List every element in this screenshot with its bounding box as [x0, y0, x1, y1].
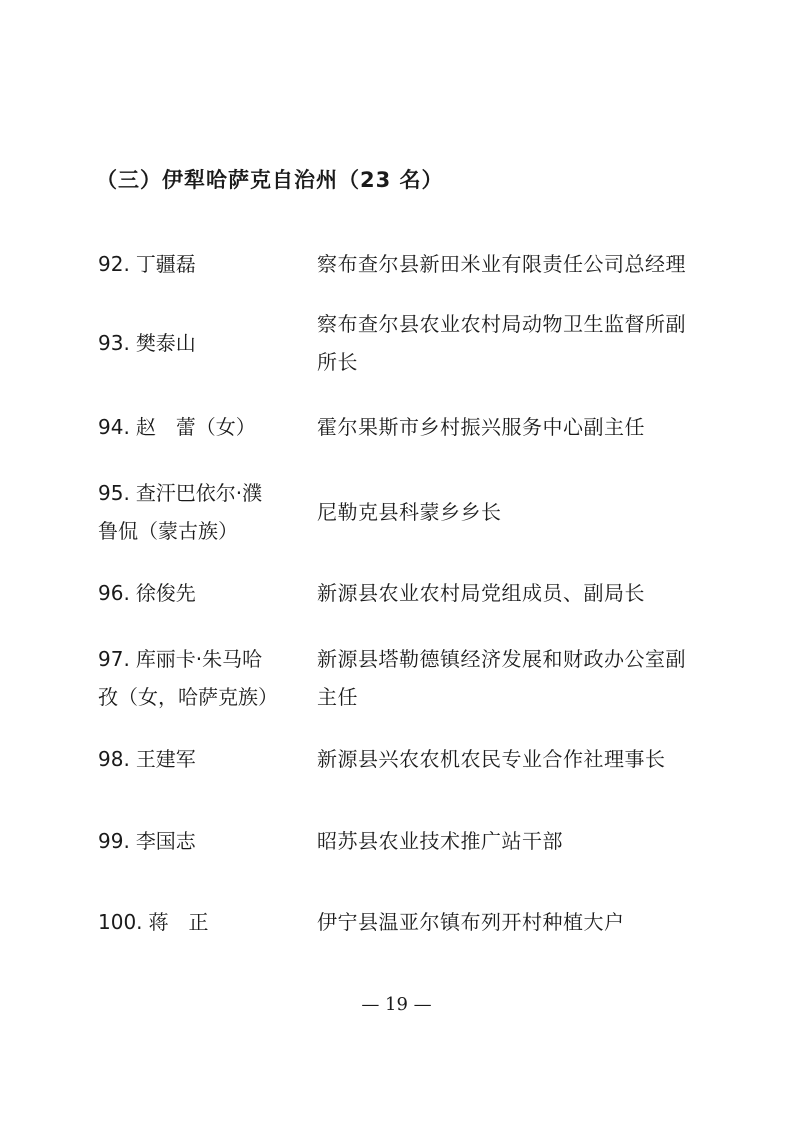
entry-name: 93.樊泰山	[98, 324, 196, 362]
entry-title: 新源县塔勒德镇经济发展和财政办公室副	[317, 640, 707, 678]
entry-name: 94.赵 蕾（女）	[98, 408, 256, 446]
section-heading: （三）伊犁哈萨克自治州（23 名）	[96, 164, 444, 194]
entry-name-cont: 鲁侃（蒙古族）	[98, 512, 238, 550]
entry-number: 98.	[98, 747, 130, 771]
entry-title: 察布查尔县新田米业有限责任公司总经理	[317, 245, 707, 283]
entry-number: 97.	[98, 647, 130, 671]
entry-name: 96.徐俊先	[98, 574, 196, 612]
entry-title: 霍尔果斯市乡村振兴服务中心副主任	[317, 408, 707, 446]
entry-title: 昭苏县农业技术推广站干部	[317, 822, 707, 860]
entry-name: 99.李国志	[98, 822, 196, 860]
entry-name: 92.丁疆磊	[98, 245, 196, 283]
entry-title: 尼勒克县科蒙乡乡长	[317, 493, 707, 531]
entry-title: 新源县兴农农机农民专业合作社理事长	[317, 740, 707, 778]
entry-title: 察布查尔县农业农村局动物卫生监督所副	[317, 305, 707, 343]
entry-number: 92.	[98, 252, 130, 276]
entry-name: 97.库丽卡·朱马哈	[98, 640, 262, 678]
entry-number: 94.	[98, 415, 130, 439]
entry-number: 96.	[98, 581, 130, 605]
entry-name: 100.蒋 正	[98, 903, 209, 941]
entry-number: 95.	[98, 481, 130, 505]
entry-title: 新源县农业农村局党组成员、副局长	[317, 574, 707, 612]
entry-name: 95.查汗巴依尔·濮	[98, 474, 262, 512]
entry-number: 100.	[98, 910, 143, 934]
entry-title-cont: 主任	[317, 678, 707, 716]
entry-title-cont: 所长	[317, 343, 707, 381]
entry-number: 99.	[98, 829, 130, 853]
page-number: — 19 —	[0, 994, 793, 1015]
entry-title: 伊宁县温亚尔镇布列开村种植大户	[317, 903, 707, 941]
entry-name-cont: 孜（女，哈萨克族）	[98, 678, 278, 716]
entry-name: 98.王建军	[98, 740, 196, 778]
entry-number: 93.	[98, 331, 130, 355]
